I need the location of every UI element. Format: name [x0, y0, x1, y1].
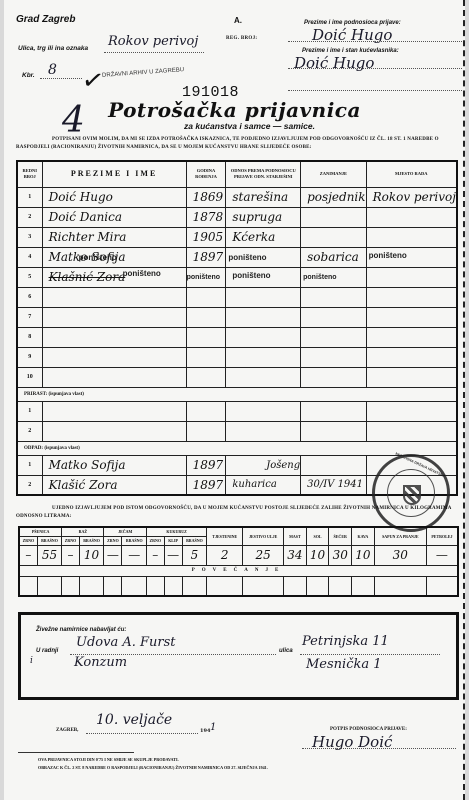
row-number: 8 [17, 327, 42, 347]
member-workplace [366, 347, 457, 367]
shop-street-line [300, 654, 440, 655]
member-birth-year: 1878 [186, 207, 226, 227]
stock-value: – [147, 545, 164, 565]
street-value: Rokov perivoj [108, 34, 198, 49]
member-birth-year [186, 307, 226, 327]
increase-cell [104, 576, 122, 596]
declaration-text: UJEDNO IZJAVLJUJEM POD ISTOM ODGOVORNOŠĆ… [16, 505, 462, 521]
departure-year: 1897 [186, 475, 226, 495]
col-header-workplace: Mjesto rada [366, 161, 457, 187]
arrivals-label: PRIRAST: (ispunjava vlast) [17, 387, 457, 401]
submitter-line [288, 41, 462, 42]
member-birth-year: 1905 [186, 227, 226, 247]
departures-section-row: ODPAD: (ispunjava vlast) [17, 441, 457, 455]
table-header-row: Redni broj PREZIME I IME Godina rođenja … [17, 161, 457, 187]
row-number: 9 [17, 347, 42, 367]
sub-flour: BRAŠNO [122, 536, 147, 545]
member-workplace [366, 307, 457, 327]
row-number: 10 [17, 367, 42, 387]
departure-name: Klašić Zora [42, 475, 186, 495]
shop-street-label: ulica [279, 648, 293, 654]
stock-value: 34 [284, 545, 307, 565]
row-number: 2 [17, 207, 42, 227]
member-relation: supruga [226, 207, 301, 227]
stock-value: 2 [207, 545, 243, 565]
increase-cell [243, 576, 284, 596]
row-number: 6 [17, 287, 42, 307]
shop-street-2: Mesnička 1 [306, 657, 382, 672]
intro-text: POTPISANI OVIM MOLIM, DA MI SE IZDA POTR… [16, 136, 462, 152]
row-number: 1 [17, 187, 42, 207]
row-number: 1 [17, 455, 42, 475]
member-name: Richter Mira [42, 227, 186, 247]
city-label: Grad Zagreb [16, 14, 75, 25]
col-edible-oil: JESTIVO ULJE [243, 527, 284, 545]
sub-grain: ZRNO [19, 536, 37, 545]
table-row: 8 [17, 327, 457, 347]
street-label: Ulica, trg ili ina oznaka [18, 45, 88, 52]
increase-cell [352, 576, 375, 596]
signature-line [302, 748, 456, 749]
table-row: 10 [17, 367, 457, 387]
member-name [42, 347, 186, 367]
member-name [42, 307, 186, 327]
member-relation: starešina [226, 187, 301, 207]
member-relation [226, 327, 301, 347]
group-wheat: PŠENICA [19, 527, 62, 536]
group-corn: KUKURUZ [147, 527, 207, 536]
stock-value: 10 [352, 545, 375, 565]
increase-cell [284, 576, 307, 596]
member-relation [226, 307, 301, 327]
arrivals-row: 2 [17, 421, 457, 441]
date-line [86, 733, 198, 734]
stock-value: — [164, 545, 182, 565]
sub-flour: BRAŠNO [37, 536, 62, 545]
ration-form-page: Grad Zagreb A. REG. BROJ: Ulica, trg ili… [4, 0, 465, 800]
arrivals-section-row: PRIRAST: (ispunjava vlast) [17, 387, 457, 401]
increase-header-row: POVEĆANJE [19, 565, 458, 576]
increase-cell [62, 576, 79, 596]
household-head-value: Doić Hugo [294, 54, 374, 72]
cancelled-stamp: poništeno [369, 251, 407, 260]
col-sugar: ŠEĆER [329, 527, 352, 545]
archive-stamp: DRŽAVNI ARHIV U ZAGREBU [102, 67, 184, 79]
member-occupation [301, 207, 366, 227]
increase-cell [164, 576, 182, 596]
price-note: OVA PRIJAVNICA STOJI DIN 0'75 I NE SMIJE… [38, 757, 179, 762]
member-name [42, 287, 186, 307]
col-header-occupation: Zanimanje [301, 161, 366, 187]
sub-flour: BRAŠNO [182, 536, 207, 545]
cancelled-stamp: poništeno [123, 269, 161, 278]
col-header-number: Redni broj [17, 161, 42, 187]
col-header-birth-year: Godina rođenja [186, 161, 226, 187]
group-rye: RAŽ [62, 527, 104, 536]
shop-name-1: Udova A. Furst [76, 635, 176, 650]
col-pasta: TJESTENINE [207, 527, 243, 545]
member-workplace [366, 327, 457, 347]
form-subtitle: za kućanstva i samce — samice. [4, 121, 465, 131]
member-occupation [301, 327, 366, 347]
cancelled-stamp: poništeno [79, 253, 117, 262]
household-head-line [288, 68, 462, 69]
arrival-name [42, 421, 186, 441]
arrival-workplace [366, 401, 457, 421]
member-name-cell: Matko Sofija poništeno [42, 247, 186, 267]
shop-name-2: Konzum [74, 655, 127, 670]
member-name-cell: Klašnić Zora poništeno [42, 267, 186, 287]
stock-value: — [426, 545, 458, 565]
member-name [42, 327, 186, 347]
col-petroleum: PETROLEJ [426, 527, 458, 545]
cancelled-stamp: poništeno [228, 253, 266, 262]
departure-occupation [301, 455, 366, 475]
member-relation: Kćerka [226, 227, 301, 247]
date-value: 10. veljače [96, 712, 172, 728]
col-coffee: KAVA [352, 527, 375, 545]
member-relation-cell: poništeno [226, 267, 301, 287]
member-relation-cell: poništeno [226, 247, 301, 267]
member-workplace: Rokov perivoj [366, 187, 457, 207]
year-label: 194 [200, 728, 210, 734]
place-label: ZAGREB, [56, 728, 78, 733]
increase-cell [147, 576, 164, 596]
cancelled-stamp: poništeno [232, 271, 270, 280]
stock-value: 10 [79, 545, 104, 565]
increase-cell [79, 576, 104, 596]
and-label: i [30, 656, 33, 666]
departure-date: 30/IV 1941 [301, 475, 366, 495]
member-birth-year: 1869 [186, 187, 226, 207]
member-occupation [301, 347, 366, 367]
group-barley: JEČAM [104, 527, 147, 536]
member-name: Doić Hugo [42, 187, 186, 207]
increase-cell [329, 576, 352, 596]
col-header-relation: Odnos prema podnosiocu prijave odn. star… [226, 161, 301, 187]
row-number: 2 [17, 421, 42, 441]
stock-values-row: – 55 – 10 — — – — 5 2 25 34 10 30 10 30 … [19, 545, 458, 565]
year-value: 1 [210, 722, 216, 733]
sub-grain: ZRNO [104, 536, 122, 545]
departure-year: 1897 [186, 455, 226, 475]
member-birth-year [186, 347, 226, 367]
table-row: 7 [17, 307, 457, 327]
sub-flour: BRAŠNO [79, 536, 104, 545]
member-occupation [301, 287, 366, 307]
arrival-name [42, 401, 186, 421]
increase-cell [306, 576, 329, 596]
arrival-workplace [366, 421, 457, 441]
increase-cell [182, 576, 207, 596]
footer-divider [18, 752, 134, 753]
arrival-year [186, 421, 226, 441]
row-number: 4 [17, 247, 42, 267]
member-relation [226, 287, 301, 307]
member-workplace [366, 367, 457, 387]
row-number: 1 [17, 401, 42, 421]
stock-value: 25 [243, 545, 284, 565]
member-relation [226, 367, 301, 387]
arrival-occupation [301, 401, 366, 421]
increase-cell [122, 576, 147, 596]
member-occupation-cell: poništeno [301, 267, 366, 287]
cancelled-stamp: poništeno [303, 274, 336, 281]
table-row: 6 [17, 287, 457, 307]
member-name: Doić Danica [42, 207, 186, 227]
stock-value: 30 [374, 545, 426, 565]
sub-cob: KLIP [164, 536, 182, 545]
signature-label: POTPIS PODNOSIOCA PRIJAVE: [330, 727, 407, 732]
table-row: 9 [17, 347, 457, 367]
member-occupation [301, 227, 366, 247]
stock-value: 5 [182, 545, 207, 565]
sub-grain: ZRNO [62, 536, 79, 545]
member-workplace [366, 207, 457, 227]
table-row: 3 Richter Mira 1905 Kćerka [17, 227, 457, 247]
col-salt: SOL [306, 527, 329, 545]
check-mark-icon: ✓ [80, 64, 107, 97]
member-occupation: sobarica [301, 247, 366, 267]
increase-cell [426, 576, 458, 596]
stock-value: 30 [329, 545, 352, 565]
arrival-year [186, 401, 226, 421]
regulation-note: OBRAZAC K ČL. 2 ST. 8 NAREDBE O RASPODJE… [38, 765, 268, 770]
row-number: 5 [17, 267, 42, 287]
stock-value: – [19, 545, 37, 565]
increase-label: POVEĆANJE [19, 565, 458, 576]
stock-value: – [62, 545, 79, 565]
member-workplace [366, 267, 457, 287]
row-number: 7 [17, 307, 42, 327]
member-birth-year-cell: poništeno [186, 267, 226, 287]
address-line [288, 90, 462, 91]
stock-value: 55 [37, 545, 62, 565]
sub-grain: ZRNO [147, 536, 164, 545]
member-workplace-cell: poništeno [366, 247, 457, 267]
house-number-line [40, 78, 82, 79]
coat-of-arms-icon [403, 485, 421, 505]
member-relation [226, 347, 301, 367]
member-birth-year [186, 287, 226, 307]
col-lard: MAST [284, 527, 307, 545]
col-soap: SAPUN ZA PRANJE [374, 527, 426, 545]
increase-values-row [19, 576, 458, 596]
stock-value: — [104, 545, 122, 565]
stock-group-header-row: PŠENICA RAŽ JEČAM KUKURUZ TJESTENINE JES… [19, 527, 458, 536]
row-number: 2 [17, 475, 42, 495]
food-stock-table: PŠENICA RAŽ JEČAM KUKURUZ TJESTENINE JES… [18, 526, 459, 597]
departures-label: ODPAD: (ispunjava vlast) [17, 441, 457, 455]
member-workplace [366, 287, 457, 307]
form-letter: A. [234, 16, 242, 25]
reg-number-label: REG. BROJ: [226, 36, 257, 41]
increase-cell [37, 576, 62, 596]
house-number-label: Kbr. [22, 72, 35, 79]
arrival-relation [226, 421, 301, 441]
arrival-relation [226, 401, 301, 421]
increase-cell [374, 576, 426, 596]
member-name [42, 367, 186, 387]
table-row: 2 Doić Danica 1878 supruga [17, 207, 457, 227]
col-header-name: PREZIME I IME [42, 161, 186, 187]
member-birth-year [186, 367, 226, 387]
member-occupation [301, 307, 366, 327]
form-title: Potrošačka prijavnica [4, 98, 465, 122]
table-row-cancelled: 5 Klašnić Zora poništeno poništeno poniš… [17, 267, 457, 287]
street-line [104, 52, 204, 53]
departure-name: Matko Sofija [42, 455, 186, 475]
member-occupation: posjednik [301, 187, 366, 207]
departure-occupation: kuharica [226, 475, 301, 495]
arrival-occupation [301, 421, 366, 441]
table-row: 1 Doić Hugo 1869 starešina posjednik Rok… [17, 187, 457, 207]
house-number-value: 8 [48, 62, 57, 78]
cancelled-stamp: poništeno [187, 274, 220, 281]
departure-note: Jošeng [226, 455, 301, 475]
table-row-cancelled: 4 Matko Sofija poništeno 1897 poništeno … [17, 247, 457, 267]
shop-label: U radnji [36, 648, 58, 654]
arrivals-row: 1 [17, 401, 457, 421]
member-birth-year [186, 327, 226, 347]
shop-street-1: Petrinjska 11 [302, 634, 389, 649]
stock-value: — [122, 545, 147, 565]
stock-value: 10 [306, 545, 329, 565]
supply-label: Živežne namirnice nabavljat ću: [36, 627, 126, 633]
member-birth-year: 1897 [186, 247, 226, 267]
member-occupation [301, 367, 366, 387]
member-workplace [366, 227, 457, 247]
member-name: Klašnić Zora [49, 270, 126, 284]
increase-cell [19, 576, 37, 596]
increase-cell [207, 576, 243, 596]
household-members-table: Redni broj PREZIME I IME Godina rođenja … [16, 160, 458, 496]
row-number: 3 [17, 227, 42, 247]
